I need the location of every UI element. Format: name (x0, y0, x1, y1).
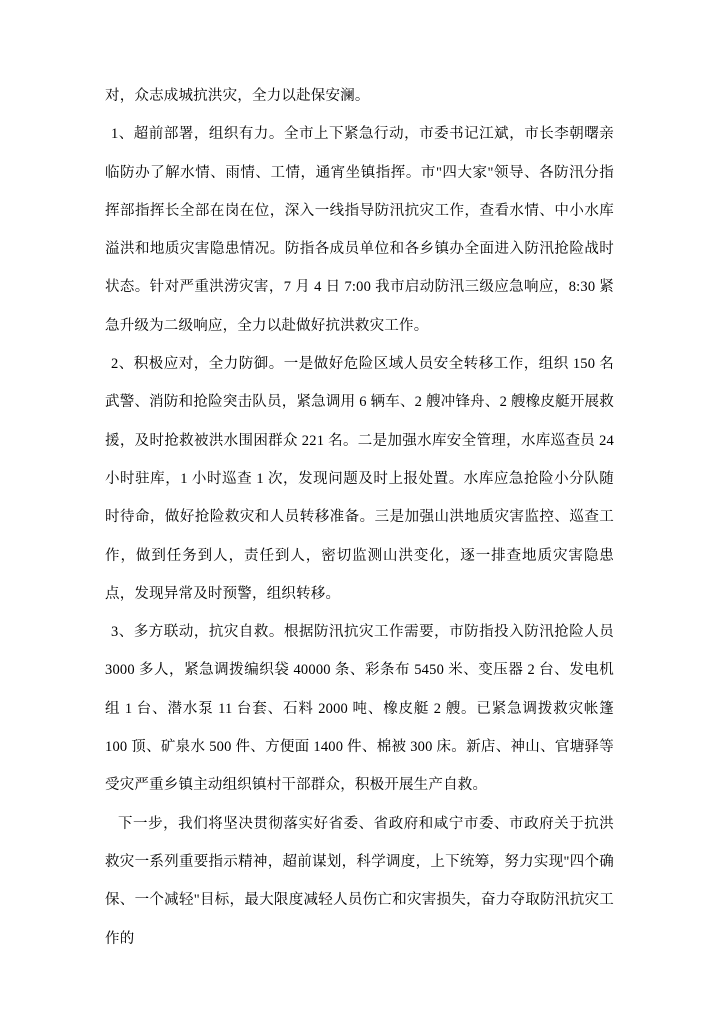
paragraph-2: 2、积极应对，全力防御。一是做好危险区域人员安全转移工作，组织 150 名武警、… (105, 345, 614, 613)
paragraph-3: 3、多方联动，抗灾自救。根据防汛抗灾工作需要，市防指投入防汛抢险人员 3000 … (105, 613, 614, 804)
paragraph-1: 1、超前部署，组织有力。全市上下紧急行动，市委书记江斌，市长李朝曙亲临防办了解水… (105, 115, 614, 345)
paragraph-closing: 下一步，我们将坚决贯彻落实好省委、省政府和咸宁市委、市政府关于抗洪救灾一系列重要… (105, 805, 614, 958)
paragraph-continuation: 对，众志成城抗洪灾，全力以赴保安澜。 (105, 77, 614, 115)
document-page: 对，众志成城抗洪灾，全力以赴保安澜。 1、超前部署，组织有力。全市上下紧急行动，… (0, 0, 721, 1020)
document-text-block: 对，众志成城抗洪灾，全力以赴保安澜。 1、超前部署，组织有力。全市上下紧急行动，… (105, 77, 614, 958)
